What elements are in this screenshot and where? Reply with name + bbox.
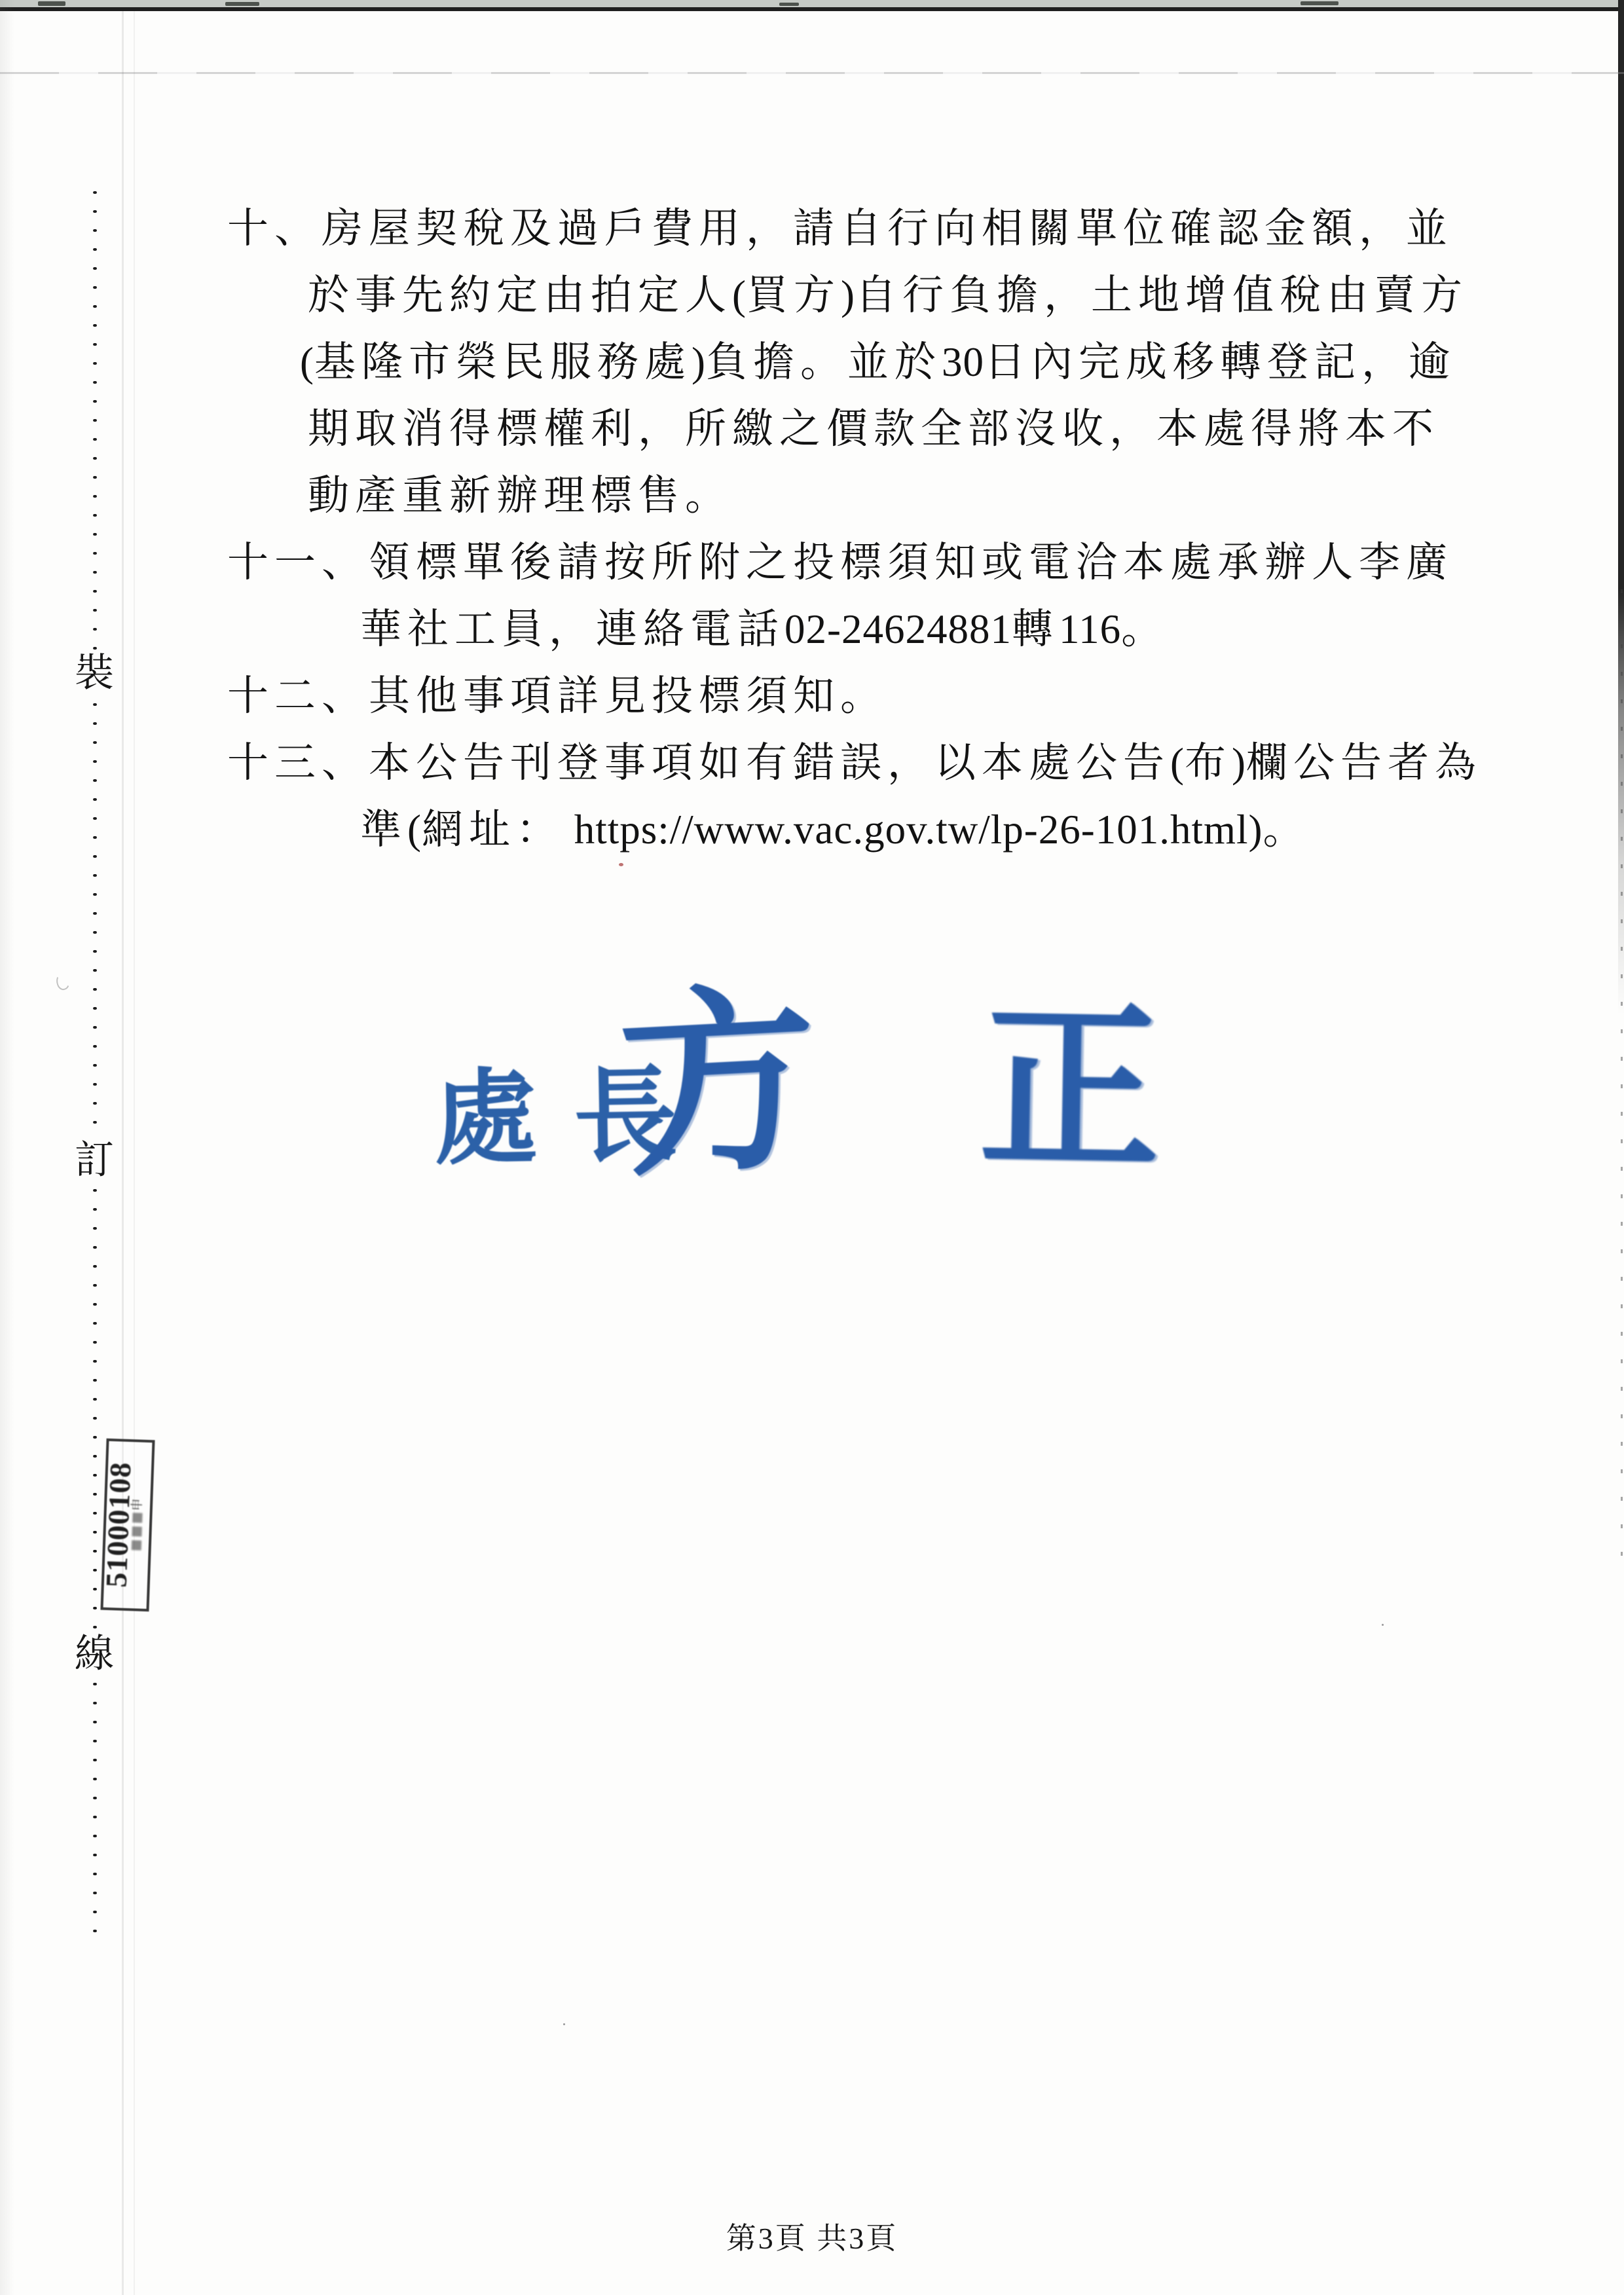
text-run: 布 [1185,740,1232,786]
scan-top-edge-band [0,0,1624,7]
scan-speck [1301,1,1338,5]
body-line-7: 華社工員，連絡電話02-24624881轉116。 [0,596,1624,663]
body-line-2: 於事先約定由拍定人(買方)自行負擔，土地增值稅由賣方 [0,262,1624,329]
text-run: 轉 [1012,606,1059,652]
scanned-announcement-page: 裝 訂 線 51000108 申 十、房屋契稅及過戶費用，請自行向相關單位確認金… [0,0,1624,2295]
filing-stamp: 51000108 申 [100,1439,155,1611]
text-run: 買方 [747,272,841,318]
scan-speck [38,1,65,6]
illegible-character-smudge [132,1513,143,1523]
binding-dotted-line-segment [92,1186,98,1630]
text-run: 欄公告者為 [1246,740,1482,786]
scan-speck [563,2023,565,2025]
announcement-body: 十、房屋契稅及過戶費用，請自行向相關單位確認金額，並於事先約定由拍定人(買方)自… [0,195,1624,863]
scan-squiggle-mark [54,972,71,992]
text-run: 十、房屋契稅及過戶費用，請自行向相關單位確認金額，並 [227,206,1453,251]
scan-speck [1382,1624,1384,1626]
body-line-6: 十一、領標單後請按所附之投標須知或電洽本處承辦人李廣 [0,529,1624,596]
scan-horizontal-streak [0,72,1624,74]
body-line-9: 十三、本公告刊登事項如有錯誤，以本處公告(布)欄公告者為 [0,729,1624,796]
text-run: 日內完成移轉登記，逾 [984,339,1456,385]
text-run: ( [732,272,747,318]
text-run: 準 [360,807,407,853]
text-run: ) [1232,740,1246,786]
binding-label-xian: 線 [73,1633,115,1675]
binding-dotted-line-segment [92,1680,98,1933]
binding-label-ding: 訂 [73,1139,115,1181]
text-run: https://www.vac.gov.tw/lp-26-101.html) [563,807,1263,853]
text-run: ( [300,339,314,385]
director-signature-fang: 方 [616,982,822,1188]
red-ink-speck [619,863,623,866]
text-run: 網址： [422,807,563,853]
text-run: 動產重新辦理標售。 [308,473,732,519]
scan-speck [225,2,259,6]
text-run: 02-24624881 [784,606,1012,652]
text-run: 。 [1121,606,1168,652]
text-run: 。 [1263,807,1310,853]
page-footer: 第3頁 共3頁 [0,2214,1624,2258]
filing-stamp-serial-number: 51000108 [104,1444,134,1606]
text-run: 自行負擔，土地增值稅由賣方 [855,272,1468,318]
text-run: 負擔。並於 [706,339,942,385]
scan-top-edge-line [0,7,1624,11]
text-run: 十三、本公告刊登事項如有錯誤，以本處公告 [227,740,1170,786]
text-run: ) [841,272,855,318]
body-line-5: 動產重新辦理標售。 [0,462,1624,529]
text-run: ) [692,339,706,385]
body-line-8: 十二、其他事項詳見投標須知。 [0,663,1624,729]
text-run: ( [1170,740,1185,786]
text-run: 華社工員，連絡電話 [360,606,784,652]
text-run: 基隆市榮民服務處 [314,339,692,385]
illegible-character-smudge [131,1540,141,1551]
illegible-character-smudge [132,1526,142,1537]
text-run: 116 [1059,606,1121,652]
body-line-3: (基隆市榮民服務處)負擔。並於30日內完成移轉登記，逾 [0,329,1624,395]
director-signature-zheng: 正 [978,999,1162,1183]
filing-stamp-rotated-content: 51000108 申 [103,1444,147,1606]
text-run: ( [407,807,422,853]
text-run: 十二、其他事項詳見投標須知。 [227,673,887,719]
text-run: 十一、領標單後請按所附之投標須知或電洽本處承辦人李廣 [227,540,1453,585]
body-line-1: 十、房屋契稅及過戶費用，請自行向相關單位確認金額，並 [0,195,1624,262]
text-run: 30 [942,339,984,385]
body-line-4: 期取消得標權利，所繳之價款全部沒收，本處得將本不 [0,395,1624,462]
filing-stamp-small-character: 申 [130,1498,145,1511]
scan-speck [779,3,799,6]
text-run: 於事先約定由拍定人 [308,272,732,318]
text-run: 期取消得標權利，所繳之價款全部沒收，本處得將本不 [308,406,1439,452]
body-line-10: 準(網址： https://www.vac.gov.tw/lp-26-101.h… [0,796,1624,863]
